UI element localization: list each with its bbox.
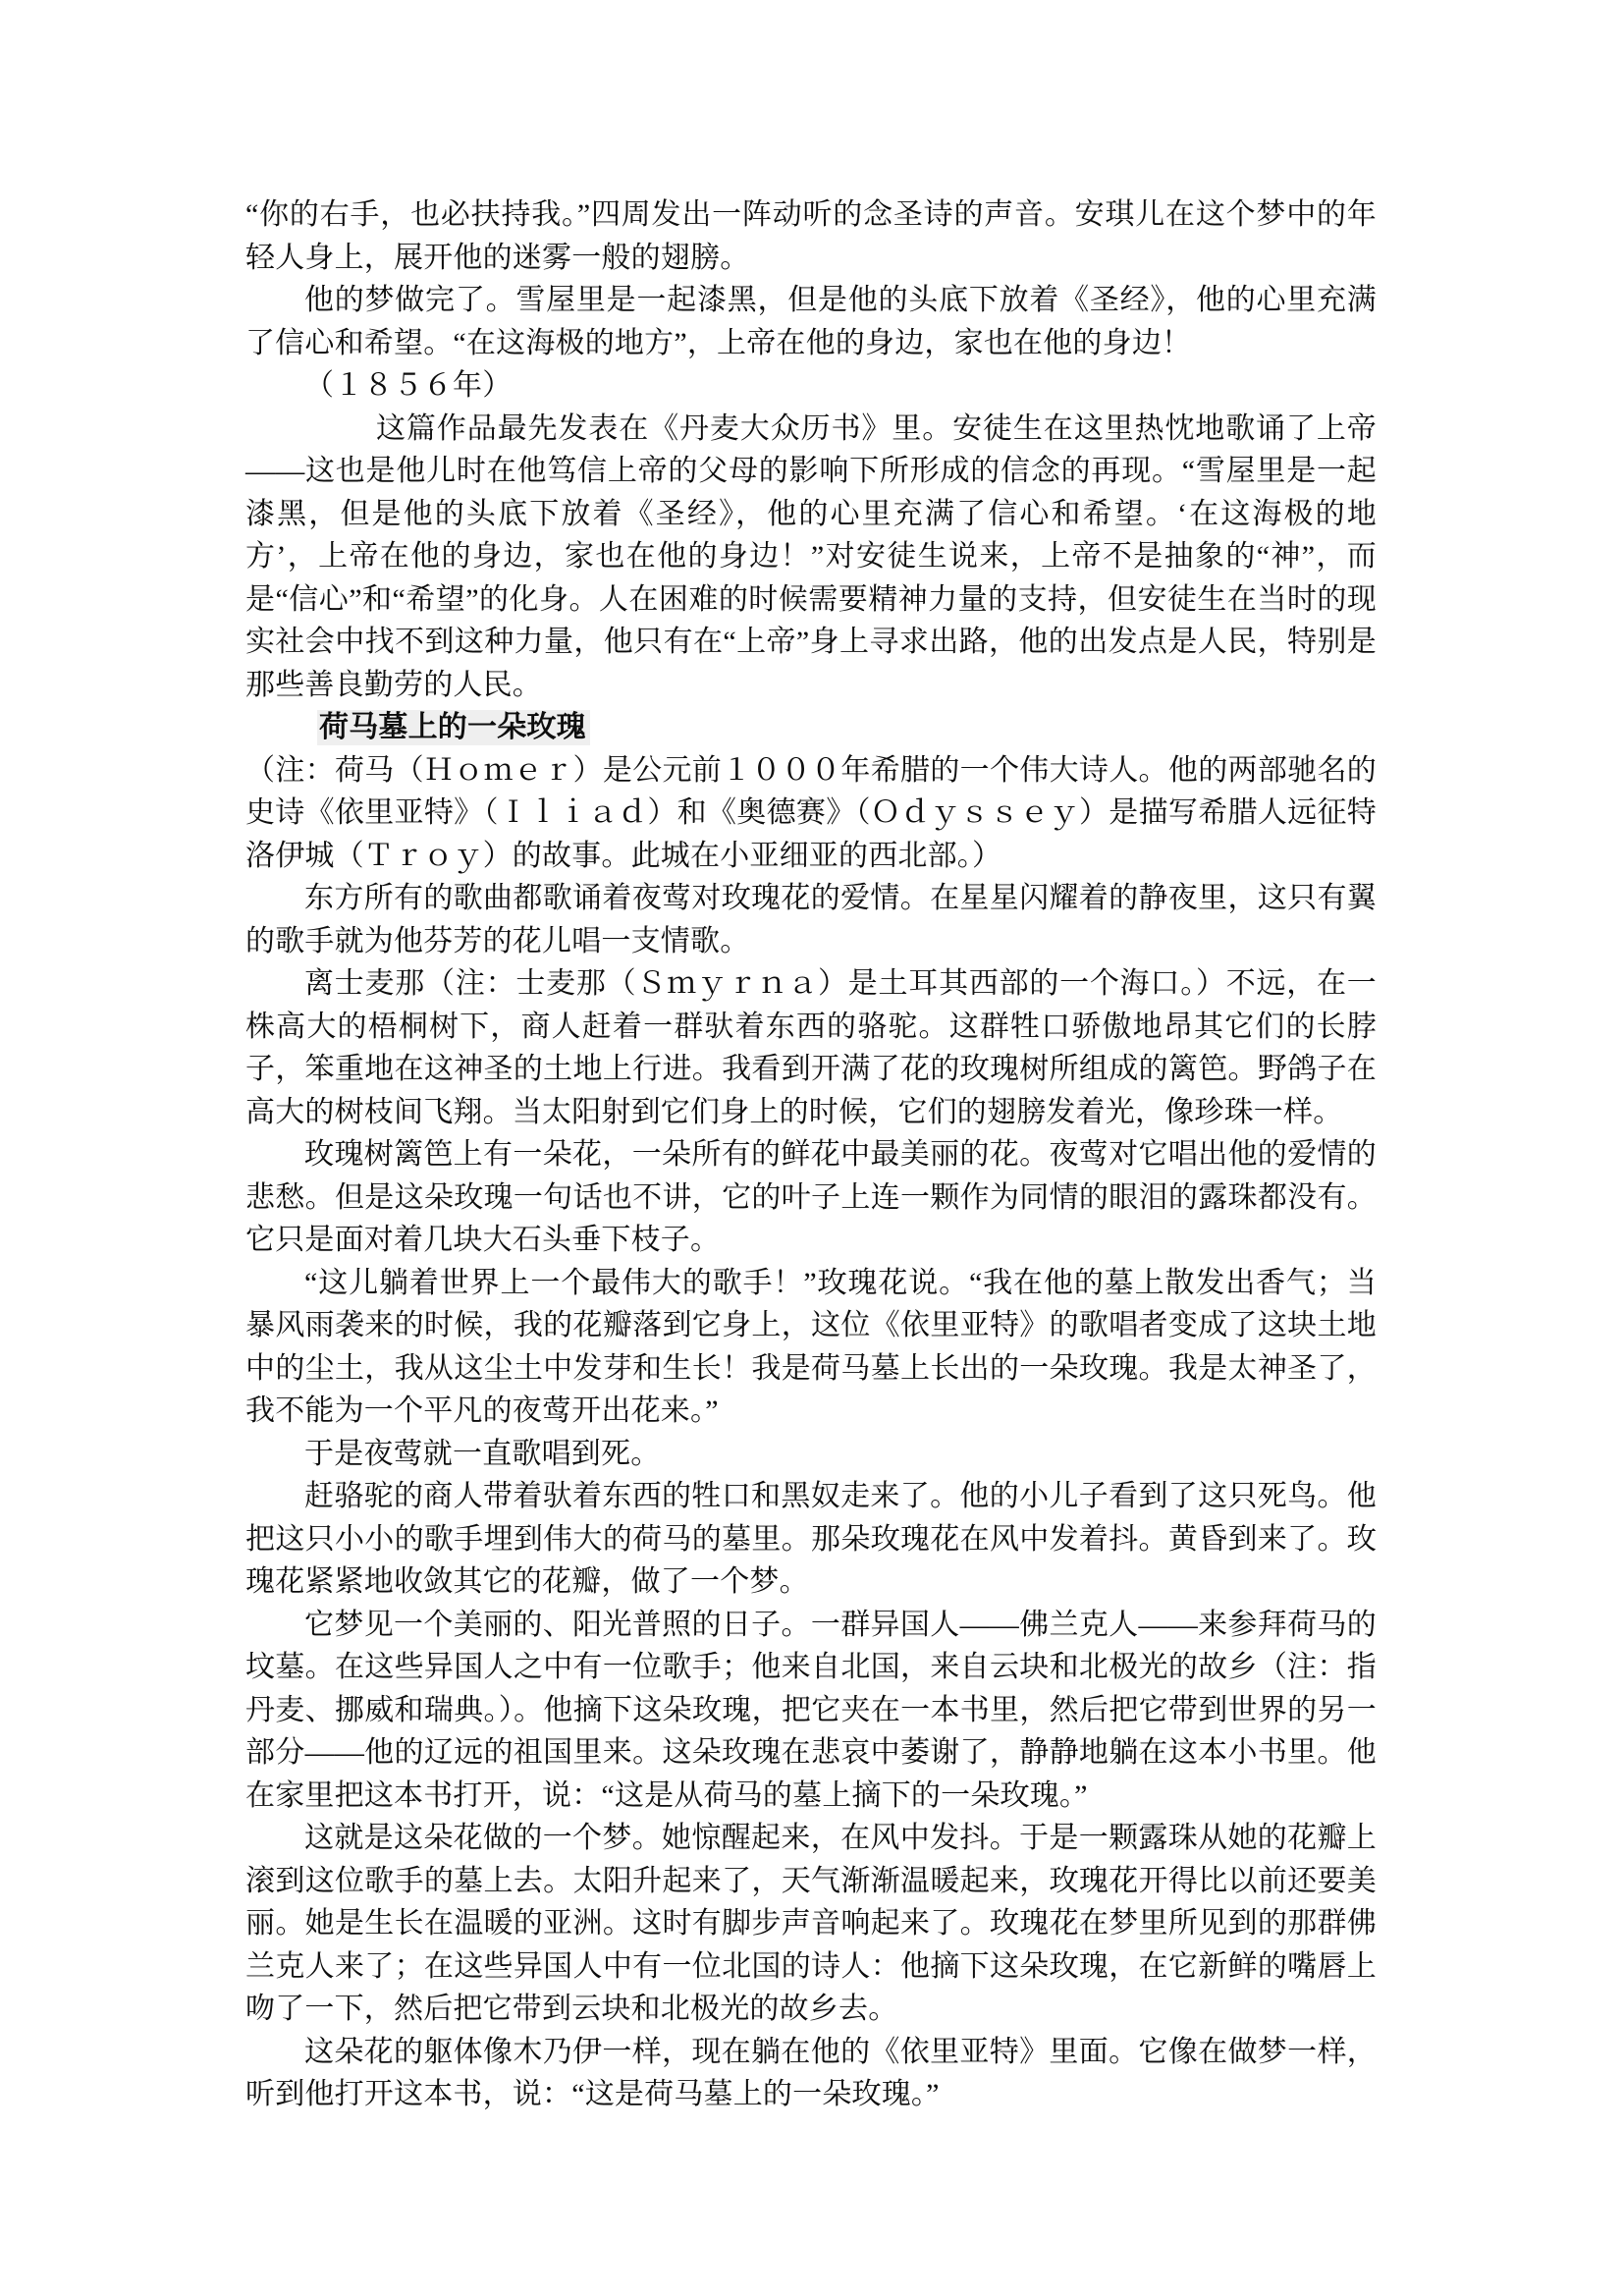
story-title: 荷马墓上的一朵玫瑰 [245,706,1377,749]
paragraph: 这篇作品最先发表在《丹麦大众历书》里。安徒生在这里热忱地歌诵了上帝——这也是他儿… [245,408,1377,707]
paragraph: （１８５６年） [245,364,1377,408]
document-page: “你的右手，也必扶持我。”四周发出一阵动听的念圣诗的声音。安琪儿在这个梦中的年轻… [0,0,1623,2296]
paragraph: （注：荷马（Ｈｏｍｅｒ）是公元前１０００年希腊的一个伟大诗人。他的两部驰名的史诗… [245,749,1377,878]
story-title-highlight: 荷马墓上的一朵玫瑰 [317,710,590,745]
paragraph: 离士麦那（注：士麦那（Ｓｍｙｒｎａ）是土耳其西部的一个海口。）不远，在一株高大的… [245,962,1377,1133]
paragraph: 东方所有的歌曲都歌诵着夜莺对玫瑰花的爱情。在星星闪耀着的静夜里，这只有翼的歌手就… [245,877,1377,962]
paragraph: 这朵花的躯体像木乃伊一样，现在躺在他的《依里亚特》里面。它像在做梦一样，听到他打… [245,2031,1377,2116]
story-text-block: “你的右手，也必扶持我。”四周发出一阵动听的念圣诗的声音。安琪儿在这个梦中的年轻… [245,193,1377,2116]
paragraph: 它梦见一个美丽的、阳光普照的日子。一群异国人——佛兰克人——来参拜荷马的坟墓。在… [245,1604,1377,1818]
paragraph: “你的右手，也必扶持我。”四周发出一阵动听的念圣诗的声音。安琪儿在这个梦中的年轻… [245,193,1377,279]
paragraph: 他的梦做完了。雪屋里是一起漆黑，但是他的头底下放着《圣经》，他的心里充满了信心和… [245,279,1377,364]
paragraph: “这儿躺着世界上一个最伟大的歌手！”玫瑰花说。“我在他的墓上散发出香气；当暴风雨… [245,1262,1377,1433]
paragraph: 玫瑰树篱笆上有一朵花，一朵所有的鲜花中最美丽的花。夜莺对它唱出他的爱情的悲愁。但… [245,1133,1377,1262]
paragraph: 于是夜莺就一直歌唱到死。 [245,1433,1377,1476]
paragraph: 这就是这朵花做的一个梦。她惊醒起来，在风中发抖。于是一颗露珠从她的花瓣上滚到这位… [245,1817,1377,2031]
paragraph: 赶骆驼的商人带着驮着东西的牲口和黑奴走来了。他的小儿子看到了这只死鸟。他把这只小… [245,1475,1377,1604]
